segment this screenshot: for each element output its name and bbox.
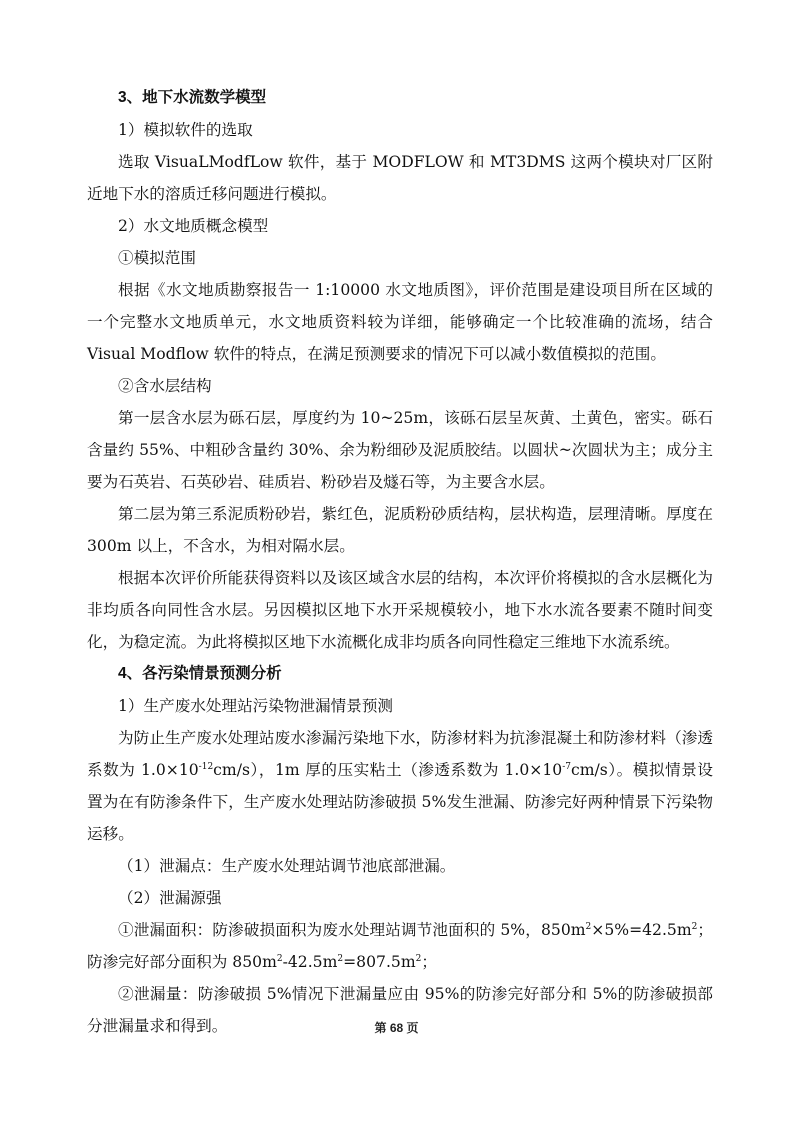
area-text-b: ×5%=42.5m [591,921,691,939]
subheading-software: 1）模拟软件的选取 [87,114,713,146]
subheading-wastewater-leak: 1）生产废水处理站污染物泄漏情景预测 [87,690,713,722]
item-aquifer-structure: ②含水层结构 [87,370,713,402]
paragraph-simulation-range: 根据《水文地质勘察报告一 1:10000 水文地质图》，评价范围是建设项目所在区… [87,274,713,370]
section-heading-4: 4、各污染情景预测分析 [87,658,713,690]
scenario-text-b: cm/s），1m 厚的压实粘土（渗透系数为 1.0×10 [213,761,562,779]
item-simulation-range: ①模拟范围 [87,242,713,274]
paragraph-software: 选取 VisuaLModfLow 软件，基于 MODFLOW 和 MT3DMS … [87,146,713,210]
page-number: 第 68 页 [0,1019,793,1036]
area-text-d: -42.5m [283,953,338,971]
paragraph-generalization: 根据本次评价所能获得资料以及该区域含水层的结构，本次评价将模拟的含水层概化为非均… [87,562,713,658]
exponent-2: -7 [562,762,571,772]
document-page: 3、地下水流数学模型 1）模拟软件的选取 选取 VisuaLModfLow 软件… [87,82,713,1042]
paragraph-layer-2: 第二层为第三系泥质粉砂岩，紫红色，泥质粉砂质结构，层状构造，层理清晰。厚度在 3… [87,498,713,562]
leak-point: （1）泄漏点：生产废水处理站调节池底部泄漏。 [87,850,713,882]
area-text-e: =807.5m [343,953,416,971]
paragraph-scenario: 为防止生产废水处理站废水渗漏污染地下水，防渗材料为抗渗混凝土和防渗材料（渗透系数… [87,722,713,850]
exponent-1: -12 [199,762,214,772]
paragraph-layer-1: 第一层含水层为砾石层，厚度约为 10~25m，该砾石层呈灰黄、土黄色，密实。砾石… [87,402,713,498]
subheading-conceptual-model: 2）水文地质概念模型 [87,210,713,242]
area-text-a: ①泄漏面积：防渗破损面积为废水处理站调节池面积的 5%，850m [118,921,586,939]
section-heading-3: 3、地下水流数学模型 [87,82,713,114]
area-text-f: ； [421,953,437,971]
leak-source-strength: （2）泄漏源强 [87,882,713,914]
paragraph-leak-area: ①泄漏面积：防渗破损面积为废水处理站调节池面积的 5%，850m2×5%=42.… [87,914,713,978]
